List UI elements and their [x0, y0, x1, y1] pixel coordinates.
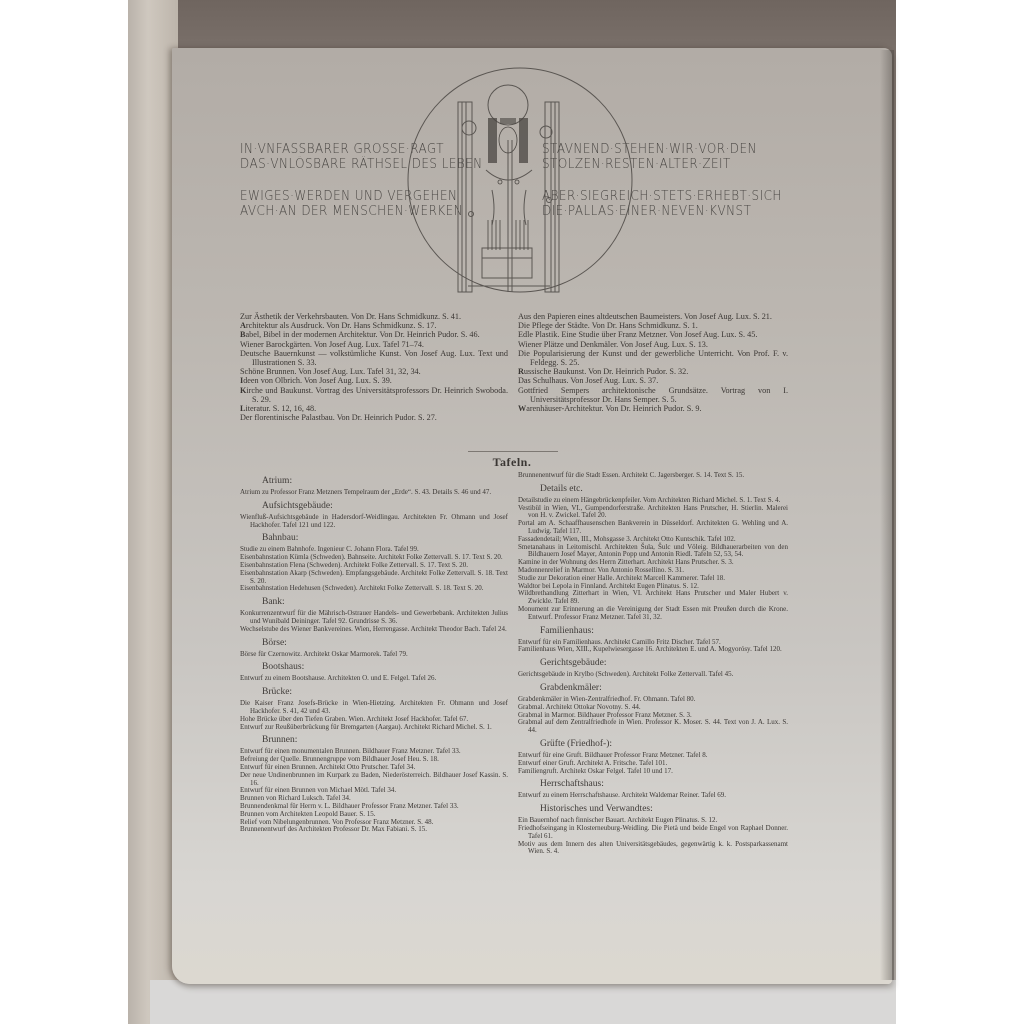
article-text: Wiener Barockgärten. Von Josef Aug. Lux.… — [240, 340, 424, 349]
tafeln-category: Brunnen: — [262, 734, 508, 746]
article-initial: W — [518, 404, 526, 413]
article-entry: Zur Ästhetik der Verkehrsbauten. Von Dr.… — [240, 312, 508, 321]
book-spine-edge — [128, 0, 178, 1024]
tafeln-category: Bahnbau: — [262, 532, 508, 544]
article-text: Die Pflege der Städte. Von Dr. Hans Schm… — [518, 321, 698, 330]
tafeln-category: Brücke: — [262, 686, 508, 698]
article-text: rchitektur als Ausdruck. Von Dr. Hans Sc… — [246, 321, 437, 330]
articles-column-right: Aus den Papieren eines altdeutschen Baum… — [518, 312, 788, 413]
tafeln-entry: Entwurf zu einem Bootshause. Architekten… — [240, 675, 508, 683]
tafeln-entry: Brunnenentwurf für die Stadt Essen. Arch… — [518, 472, 788, 480]
article-entry: Deutsche Bauernkunst — volkstümliche Kun… — [240, 349, 508, 367]
tafeln-entry: Familienhaus Wien, XIII., Kupelwiesergas… — [518, 646, 788, 654]
article-entry: Kirche und Baukunst. Vortrag des Univers… — [240, 386, 508, 404]
tafeln-entry: Familiengruft. Architekt Oskar Felgel. T… — [518, 768, 788, 776]
tafeln-heading: Tafeln. — [0, 455, 1024, 470]
article-text: ussische Baukunst. Von Dr. Heinrich Pudo… — [524, 367, 688, 376]
tafeln-entry: Eisenbahnstation Hedehusen (Schweden). A… — [240, 585, 508, 593]
table-surface — [150, 980, 896, 1024]
section-divider — [468, 451, 558, 452]
tafeln-entry: Friedhofseingang in Klosterneuburg-Weidl… — [518, 825, 788, 841]
article-text: Schöne Brunnen. Von Josef Aug. Lux. Tafe… — [240, 367, 421, 376]
article-text: deen von Olbrich. Von Josef Aug. Lux. S.… — [243, 376, 392, 385]
motto-left-line-2: DAS·VNLÖSBARE RÄTHSEL DES LEBEN — [240, 158, 483, 172]
tafeln-entry: Gerichtsgebäude in Krylbo (Schweden). Ar… — [518, 671, 788, 679]
motto-right-line-4: DIE·PALLAS·EINER·NEVEN·KVNST — [542, 205, 751, 219]
tafeln-column-right: Brunnenentwurf für die Stadt Essen. Arch… — [518, 472, 788, 856]
article-entry: Aus den Papieren eines altdeutschen Baum… — [518, 312, 788, 321]
motto-right-line-1: STAVNEND·STEHEN·WIR·VOR·DEN — [542, 143, 757, 157]
article-text: Die Popularisierung der Kunst und der ge… — [518, 349, 788, 367]
motto-left-line-3: EWIGES·WERDEN UND VERGEHEN — [240, 190, 457, 204]
pallas-illustration-icon — [400, 60, 640, 300]
tafeln-entry: Konkurrenzentwurf für die Mährisch-Ostra… — [240, 610, 508, 626]
article-entry: Russische Baukunst. Von Dr. Heinrich Pud… — [518, 367, 788, 376]
tafeln-entry: Atrium zu Professor Franz Metzners Tempe… — [240, 489, 508, 497]
article-entry: Das Schulhaus. Von Josef Aug. Lux. S. 37… — [518, 376, 788, 385]
tafeln-category: Bank: — [262, 596, 508, 608]
tafeln-entry: Motiv aus dem Innern des alten Universit… — [518, 841, 788, 857]
article-entry: Der florentinische Palastbau. Von Dr. He… — [240, 413, 508, 422]
article-text: Deutsche Bauernkunst — volkstümliche Kun… — [240, 349, 508, 367]
tafeln-category: Historisches und Verwandtes: — [540, 803, 788, 815]
article-text: Wiener Plätze und Denkmäler. Von Josef A… — [518, 340, 708, 349]
tafeln-category: Grüfte (Friedhof-): — [540, 738, 788, 750]
tafeln-entry: Börse für Czernowitz. Architekt Oskar Ma… — [240, 651, 508, 659]
article-entry: Wiener Barockgärten. Von Josef Aug. Lux.… — [240, 340, 508, 349]
page-edge-shadow — [880, 50, 894, 980]
article-text: arenhäuser-Architektur. Von Dr. Heinrich… — [526, 404, 701, 413]
tafeln-entry: Die Kaiser Franz Josefs-Brücke in Wien-H… — [240, 700, 508, 716]
tafeln-entry: Eisenbahnstation Akarp (Schweden). Empfa… — [240, 570, 508, 586]
tafeln-entry: Wechselstube des Wiener Bankvereines. Wi… — [240, 626, 508, 634]
tafeln-column-left: Atrium:Atrium zu Professor Franz Metzner… — [240, 472, 508, 834]
tafeln-entry: Portal am A. Schaaffhausenschen Bankvere… — [518, 520, 788, 536]
tafeln-category: Herrschaftshaus: — [540, 778, 788, 790]
page-header-art: IN·VNFASSBARER GROSSE·RAGT DAS·VNLÖSBARE… — [230, 60, 800, 290]
article-entry: Die Pflege der Städte. Von Dr. Hans Schm… — [518, 321, 788, 330]
article-entry: Die Popularisierung der Kunst und der ge… — [518, 349, 788, 367]
article-entry: Ideen von Olbrich. Von Josef Aug. Lux. S… — [240, 376, 508, 385]
article-text: Aus den Papieren eines altdeutschen Baum… — [518, 312, 772, 321]
tafeln-entry: Wienfluß-Aufsichtsgebäude in Hadersdorf-… — [240, 514, 508, 530]
tafeln-entry: Entwurf zu einem Herrschaftshause. Archi… — [518, 792, 788, 800]
motto-right-line-3: ABER·SIEGREICH·STETS·ERHEBT·SICH — [542, 190, 782, 204]
tafeln-category: Familienhaus: — [540, 625, 788, 637]
tafeln-category: Bootshaus: — [262, 661, 508, 673]
tafeln-entry: Wildbrethandlung Zitterhart in Wien, VI.… — [518, 590, 788, 606]
article-text: Zur Ästhetik der Verkehrsbauten. Von Dr.… — [240, 312, 461, 321]
tafeln-entry: Monument zur Erinnerung an die Vereinigu… — [518, 606, 788, 622]
tafeln-category: Atrium: — [262, 475, 508, 487]
article-text: iteratur. S. 12, 16, 48. — [245, 404, 316, 413]
tafeln-entry: Brunnenentwurf des Architekten Professor… — [240, 826, 508, 834]
tafeln-category: Gerichtsgebäude: — [540, 657, 788, 669]
article-entry: Warenhäuser-Architektur. Von Dr. Heinric… — [518, 404, 788, 413]
article-entry: Babel, Bibel in der modernen Architektur… — [240, 330, 508, 339]
tafeln-category: Details etc. — [540, 483, 788, 495]
tafeln-category: Grabdenkmäler: — [540, 682, 788, 694]
tafeln-entry: Smetanahaus in Leitomischl. Architekten … — [518, 544, 788, 560]
article-entry: Wiener Plätze und Denkmäler. Von Josef A… — [518, 340, 788, 349]
article-entry: Schöne Brunnen. Von Josef Aug. Lux. Tafe… — [240, 367, 508, 376]
article-text: abel, Bibel in der modernen Architektur.… — [245, 330, 479, 339]
article-entry: Gottfried Sempers architektonische Grund… — [518, 386, 788, 404]
article-entry: Architektur als Ausdruck. Von Dr. Hans S… — [240, 321, 508, 330]
article-text: irche und Baukunst. Vortrag des Universi… — [246, 386, 508, 404]
tafeln-entry: Grabmal auf dem Zentralfriedhofe in Wien… — [518, 719, 788, 735]
motto-left-line-1: IN·VNFASSBARER GROSSE·RAGT — [240, 143, 444, 157]
motto-right-line-2: STOLZEN·RESTEN·ALTER·ZEIT — [542, 158, 731, 172]
article-text: Der florentinische Palastbau. Von Dr. He… — [240, 413, 437, 422]
tafeln-entry: Vestibül in Wien, VI., Gumpendorferstraß… — [518, 505, 788, 521]
article-text: Edle Plastik. Eine Studie über Franz Met… — [518, 330, 757, 339]
tafeln-category: Aufsichtsgebäude: — [262, 500, 508, 512]
article-text: Gottfried Sempers architektonische Grund… — [518, 386, 788, 404]
articles-column-left: Zur Ästhetik der Verkehrsbauten. Von Dr.… — [240, 312, 508, 422]
article-entry: Literatur. S. 12, 16, 48. — [240, 404, 508, 413]
tafeln-entry: Der neue Undinenbrunnen im Kurpark zu Ba… — [240, 772, 508, 788]
motto-left-line-4: AVCH·AN DER MENSCHEN·WERKEN — [240, 205, 463, 219]
article-entry: Edle Plastik. Eine Studie über Franz Met… — [518, 330, 788, 339]
tafeln-entry: Entwurf zur Reußüberbrückung für Bremgar… — [240, 724, 508, 732]
article-text: Das Schulhaus. Von Josef Aug. Lux. S. 37… — [518, 376, 658, 385]
tafeln-category: Börse: — [262, 637, 508, 649]
